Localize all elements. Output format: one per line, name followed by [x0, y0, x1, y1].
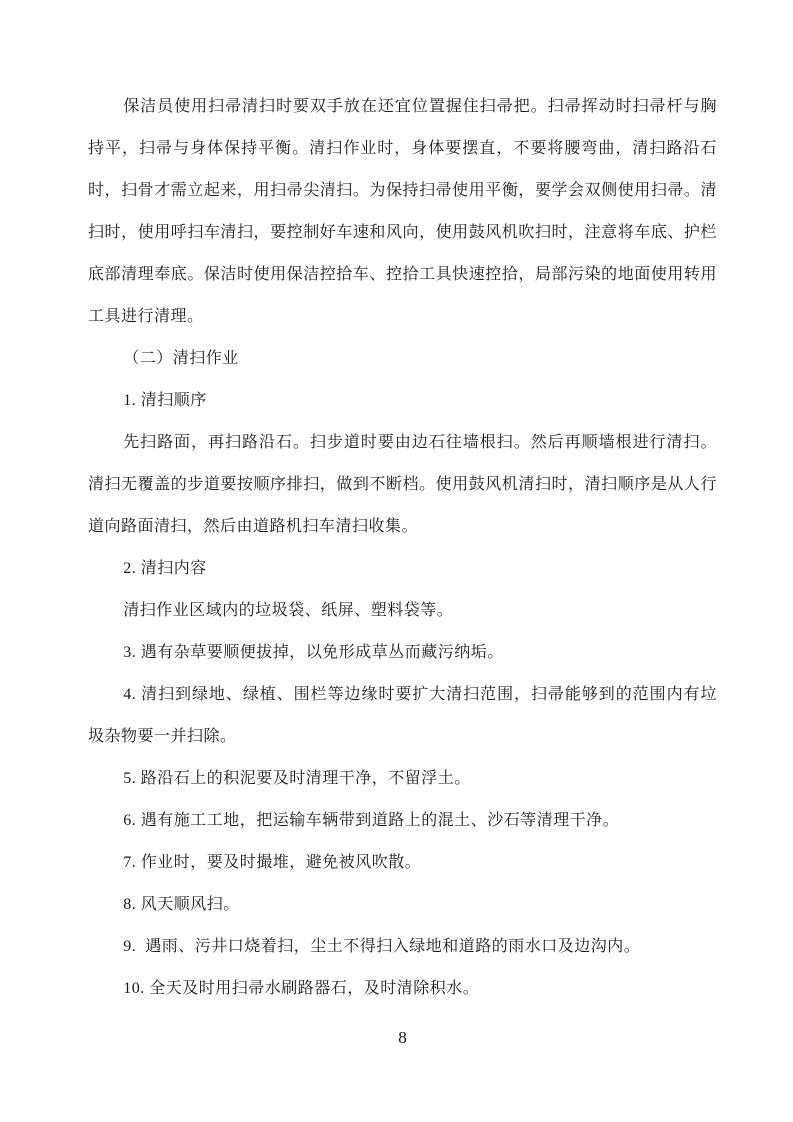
paragraph: 10. 全天及时用扫帚水刷路器石，及时清除积水。: [88, 968, 717, 1010]
paragraph: 保洁员使用扫帚清扫时要双手放在还宜位置握住扫帚把。扫帚挥动时扫帚杆与胸持平，扫帚…: [88, 86, 717, 338]
paragraph: 3. 遇有杂草要顺便拔掉，以免形成草丛而藏污纳垢。: [88, 632, 717, 674]
paragraph: 4. 清扫到绿地、绿植、围栏等边缘时要扩大清扫范围，扫帚能够到的范围内有垃圾杂物…: [88, 674, 717, 758]
paragraph: 5. 路沿石上的积泥要及时清理干净，不留浮土。: [88, 758, 717, 800]
paragraph: 1. 清扫顺序: [88, 380, 717, 422]
paragraph: （二）清扫作业: [88, 338, 717, 380]
document-page: 保洁员使用扫帚清扫时要双手放在还宜位置握住扫帚把。扫帚挥动时扫帚杆与胸持平，扫帚…: [0, 0, 793, 1122]
paragraph: 2. 清扫内容: [88, 548, 717, 590]
paragraph: 7. 作业时，要及时撮堆，避免被风吹散。: [88, 842, 717, 884]
paragraph: 8. 风天顺风扫。: [88, 884, 717, 926]
page-number: 8: [88, 1028, 717, 1048]
document-body: 保洁员使用扫帚清扫时要双手放在还宜位置握住扫帚把。扫帚挥动时扫帚杆与胸持平，扫帚…: [88, 86, 717, 1010]
paragraph: 先扫路面，再扫路沿石。扫步道时要由边石往墙根扫。然后再顺墙根进行清扫。清扫无覆盖…: [88, 422, 717, 548]
paragraph: 清扫作业区域内的垃圾袋、纸屏、塑料袋等。: [88, 590, 717, 632]
paragraph: 9. 遇雨、污井口烧着扫，尘土不得扫入绿地和道路的雨水口及边沟内。: [88, 926, 717, 968]
paragraph: 6. 遇有施工工地，把运输车辆带到道路上的混土、沙石等清理干净。: [88, 800, 717, 842]
